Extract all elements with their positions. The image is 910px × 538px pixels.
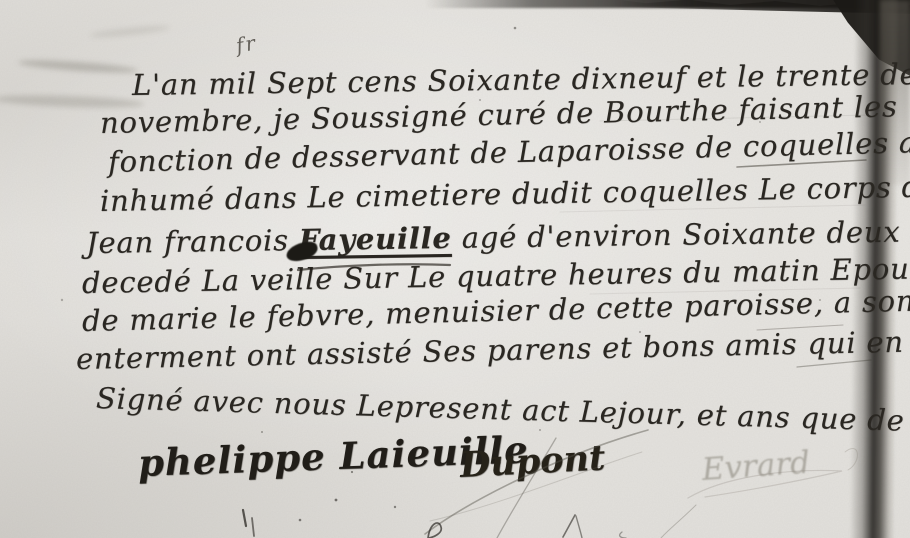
signature-dupont: Dupont (459, 437, 606, 486)
line-text: Jean francois (86, 223, 299, 260)
ink-smudge (18, 58, 138, 75)
signature-faded: Evrard (701, 445, 811, 488)
underlined-surname: Fayeuille (299, 221, 452, 257)
ink-smudge (90, 24, 170, 39)
manuscript-line: inhumé dans Le cimetiere dudit coquelles… (100, 169, 910, 218)
line-text: agé d'environ Soixante deux ans (451, 214, 910, 255)
marginal-annotation: fr (234, 30, 259, 57)
scanned-document-page: fr L'an mil Sept cens Soixante dixneuf e… (0, 0, 910, 538)
